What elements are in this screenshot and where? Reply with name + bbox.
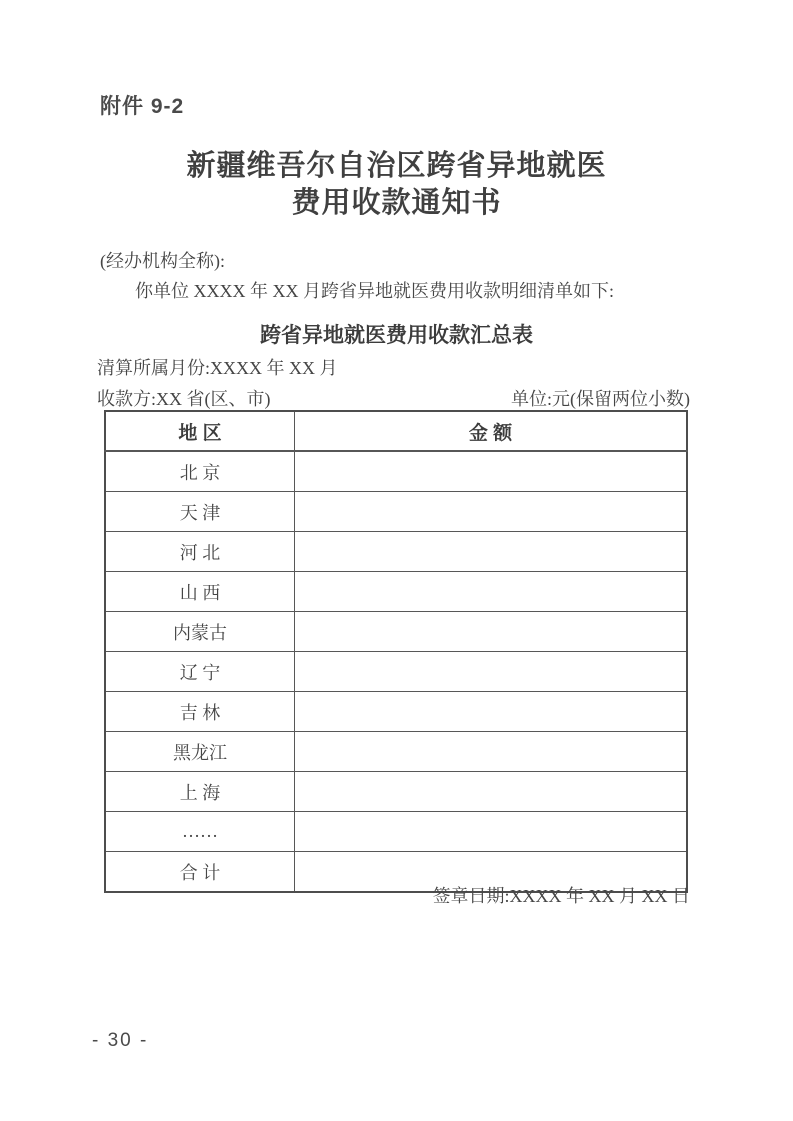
amount-cell: [295, 732, 688, 772]
region-cell: 吉 林: [105, 692, 295, 732]
table-row: 天 津: [105, 492, 687, 532]
payee-line: 收款方:XX 省(区、市): [97, 387, 271, 411]
region-cell: 北 京: [105, 451, 295, 492]
region-cell: 合 计: [105, 852, 295, 893]
attachment-label: 附件 9-2: [100, 90, 184, 120]
amount-cell: [295, 532, 688, 572]
region-cell: 内蒙古: [105, 612, 295, 652]
amount-cell: [295, 451, 688, 492]
summary-table-header: 地 区 金 额: [105, 411, 687, 451]
amount-cell: [295, 612, 688, 652]
table-row: 山 西: [105, 572, 687, 612]
document-page: 附件 9-2 新疆维吾尔自治区跨省异地就医 费用收款通知书 (经办机构全称): …: [0, 0, 793, 1121]
header-amount: 金 额: [295, 411, 688, 451]
region-cell: ……: [105, 812, 295, 852]
table-row: 吉 林: [105, 692, 687, 732]
document-title-line2: 费用收款通知书: [0, 185, 793, 222]
summary-table: 地 区 金 额 北 京 天 津 河 北: [104, 410, 688, 893]
region-cell: 黑龙江: [105, 732, 295, 772]
table-row: 内蒙古: [105, 612, 687, 652]
header-row: 地 区 金 额: [105, 411, 687, 451]
document-title-line1: 新疆维吾尔自治区跨省异地就医: [0, 148, 793, 185]
page-number: - 30 -: [92, 1030, 148, 1052]
settlement-month-line: 清算所属月份:XXXX 年 XX 月: [97, 356, 338, 380]
table-row: 北 京: [105, 451, 687, 492]
table-row: 河 北: [105, 532, 687, 572]
signature-date-line: 签章日期:XXXX 年 XX 月 XX 日: [433, 884, 691, 908]
unit-note-line: 单位:元(保留两位小数): [511, 387, 690, 411]
region-cell: 上 海: [105, 772, 295, 812]
intro-sentence: 你单位 XXXX 年 XX 月跨省异地就医费用收款明细清单如下:: [135, 279, 614, 303]
amount-cell: [295, 692, 688, 732]
region-cell: 山 西: [105, 572, 295, 612]
amount-cell: [295, 572, 688, 612]
amount-cell: [295, 652, 688, 692]
region-cell: 辽 宁: [105, 652, 295, 692]
amount-cell: [295, 772, 688, 812]
region-cell: 天 津: [105, 492, 295, 532]
table-row: 辽 宁: [105, 652, 687, 692]
amount-cell: [295, 492, 688, 532]
summary-table-body: 北 京 天 津 河 北 山 西: [105, 451, 687, 892]
header-region: 地 区: [105, 411, 295, 451]
table-row: 上 海: [105, 772, 687, 812]
table-row: 黑龙江: [105, 732, 687, 772]
region-cell: 河 北: [105, 532, 295, 572]
summary-table-title: 跨省异地就医费用收款汇总表: [0, 322, 793, 350]
amount-cell: [295, 812, 688, 852]
table-row: ……: [105, 812, 687, 852]
agency-name-line: (经办机构全称):: [100, 249, 225, 273]
document-title: 新疆维吾尔自治区跨省异地就医 费用收款通知书: [0, 148, 793, 222]
